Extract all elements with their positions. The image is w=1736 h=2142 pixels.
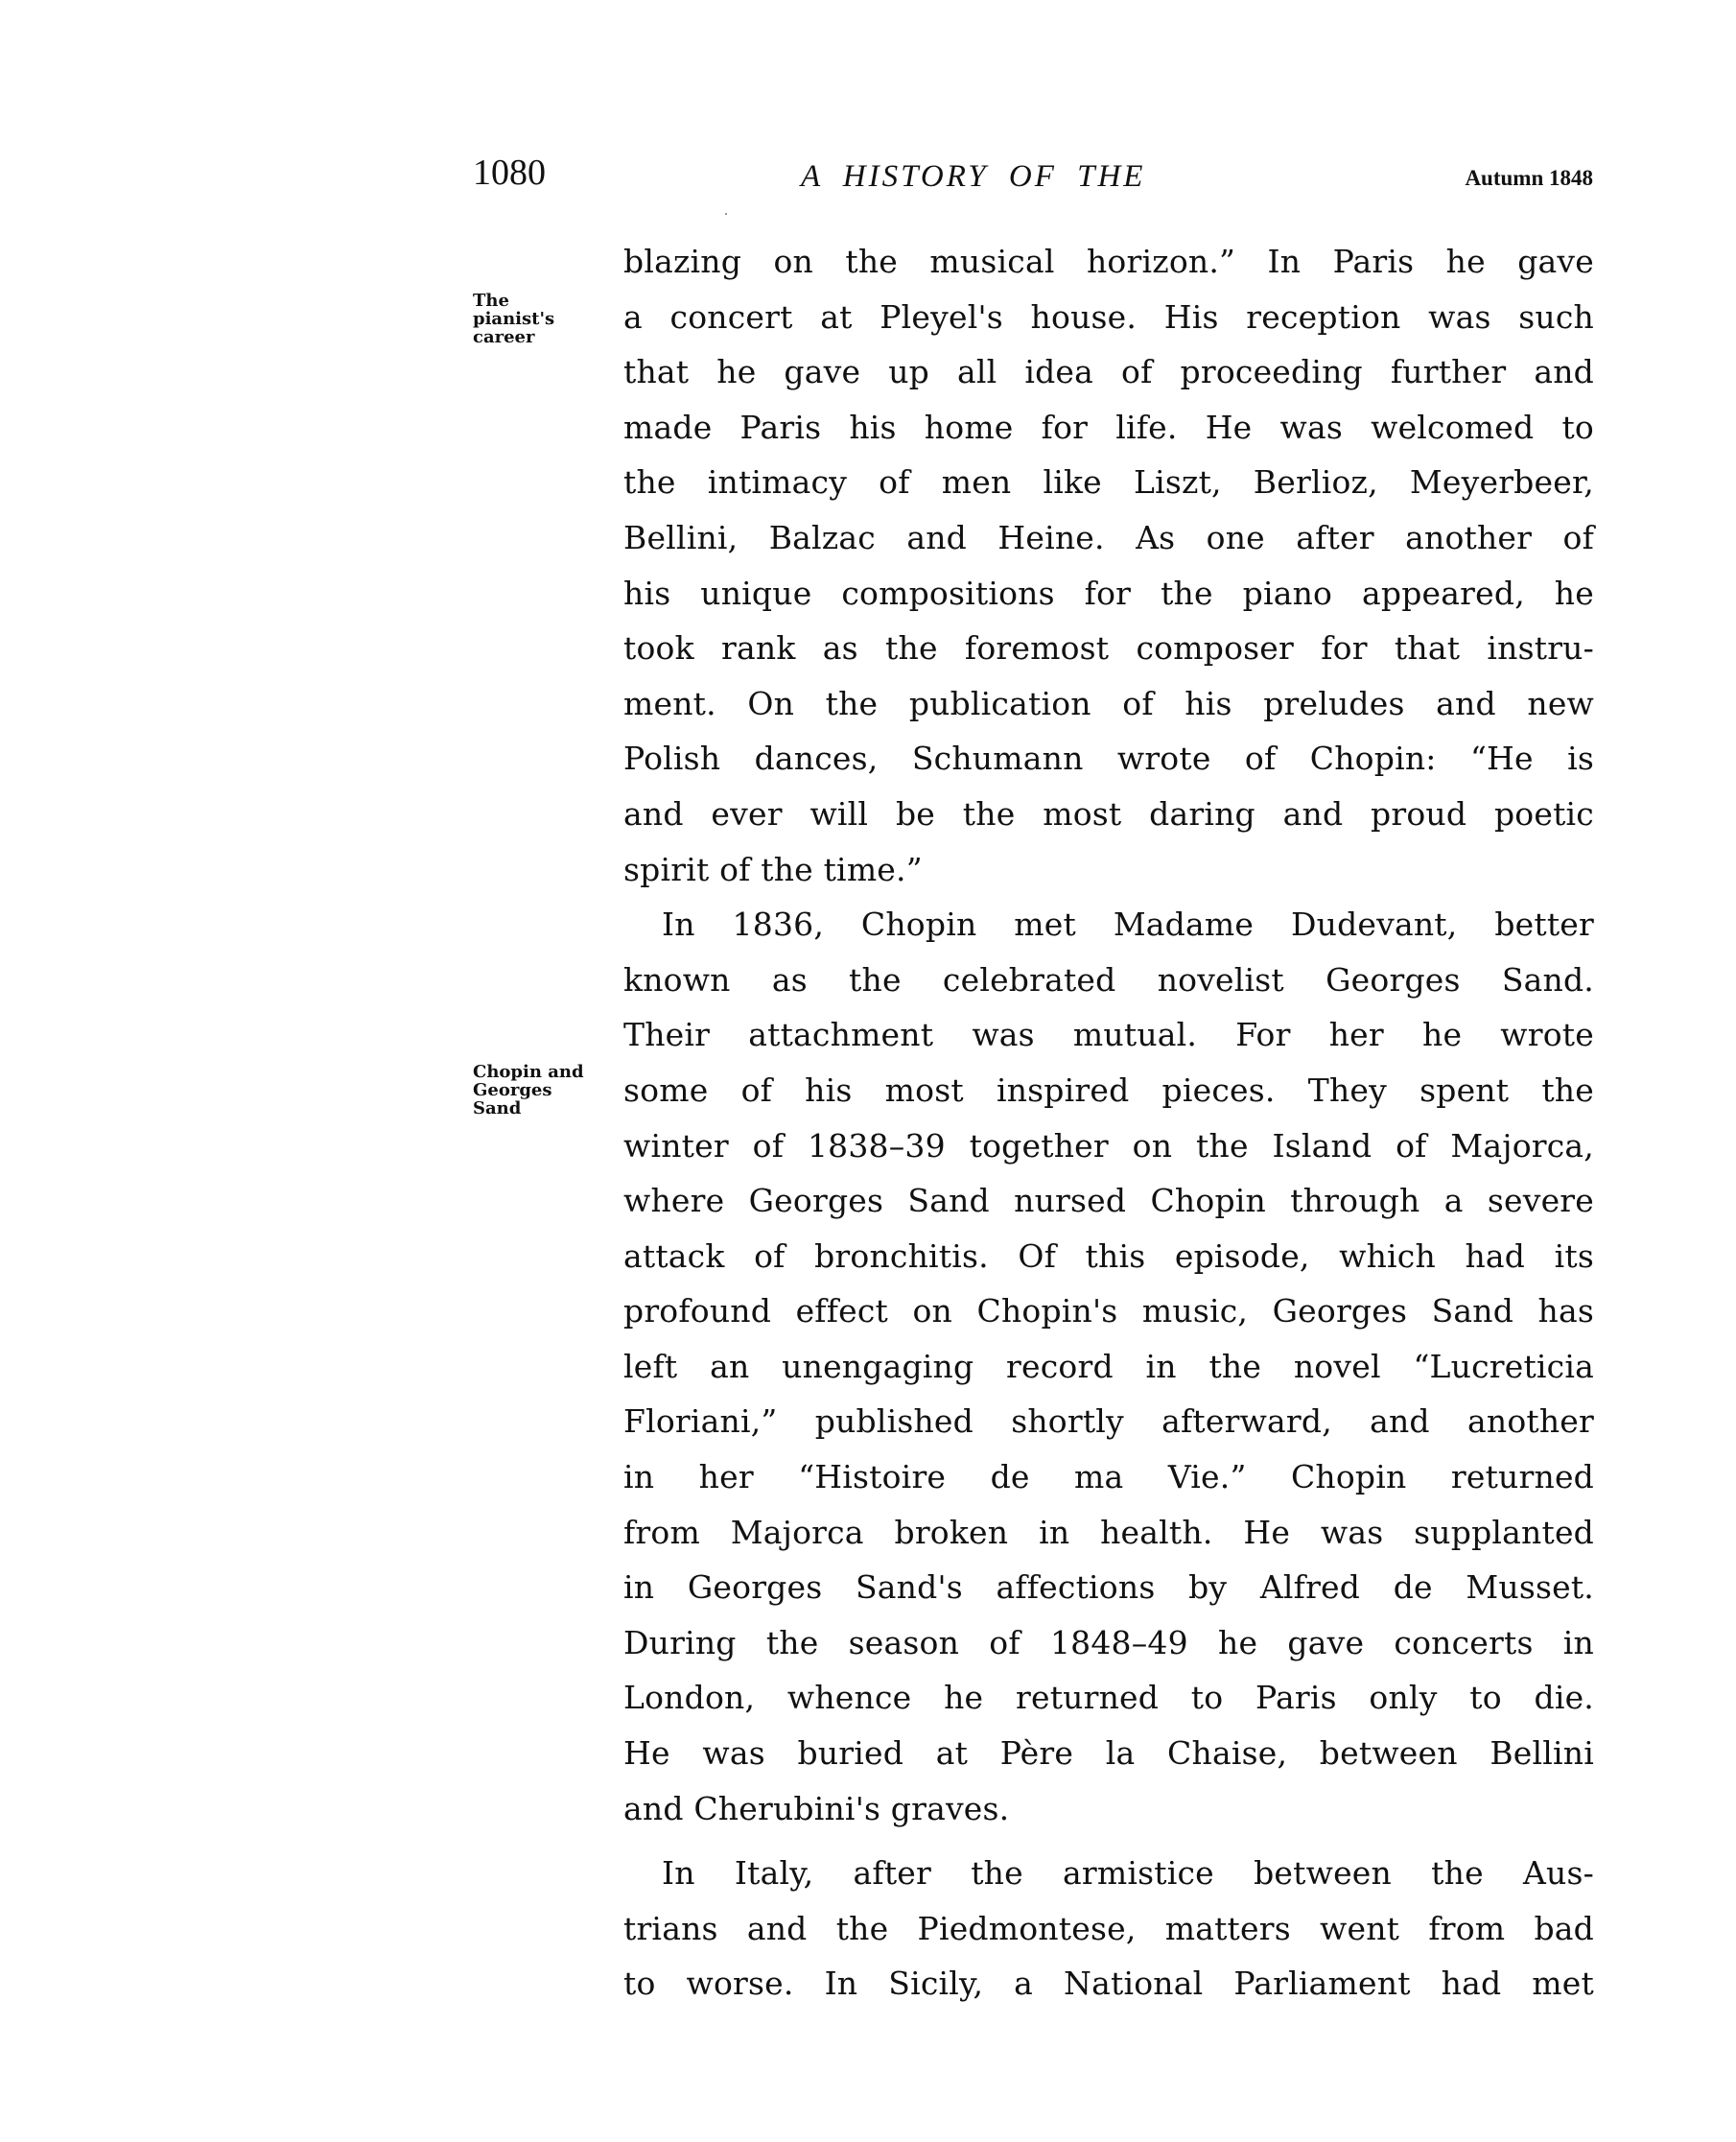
text-line: He was buried at Père la Chaise, between… [623, 1726, 1594, 1781]
margin-note-line: career [473, 328, 554, 346]
text-line: and Cherubini's graves. [623, 1781, 1594, 1837]
margin-note-line: pianist's [473, 310, 554, 328]
page-number: 1080 [473, 152, 546, 194]
margin-note-chopin-and-georges-sand: Chopin and Georges Sand [473, 1063, 584, 1118]
text-line: some of his most inspired pieces. They s… [623, 1063, 1594, 1118]
margin-note-line: The [473, 292, 554, 310]
text-line: the intimacy of men like Liszt, Berlioz,… [623, 455, 1594, 510]
text-line: profound effect on Chopin's music, Georg… [623, 1283, 1594, 1339]
text-line: a concert at Pleyel's house. His recepti… [623, 290, 1594, 345]
text-line: Bellini, Balzac and Heine. As one after … [623, 510, 1594, 566]
running-head: 1080 A HISTORY OF THE Autumn 1848 [473, 152, 1593, 200]
text-line: known as the celebrated novelist Georges… [623, 953, 1594, 1008]
text-line: attack of bronchitis. Of this episode, w… [623, 1229, 1594, 1284]
text-line: in Georges Sand's affections by Alfred d… [623, 1560, 1594, 1615]
text-line: In 1836, Chopin met Madame Dudevant, bet… [623, 897, 1594, 953]
book-page: 1080 A HISTORY OF THE Autumn 1848 The pi… [0, 0, 1736, 2142]
text-line: his unique compositions for the piano ap… [623, 566, 1594, 622]
text-line: made Paris his home for life. He was wel… [623, 400, 1594, 456]
text-line: Polish dances, Schumann wrote of Chopin:… [623, 731, 1594, 787]
text-line: Floriani,” published shortly afterward, … [623, 1394, 1594, 1449]
text-line: ment. On the publication of his preludes… [623, 676, 1594, 732]
text-line: London, whence he returned to Paris only… [623, 1670, 1594, 1726]
margin-note-line: Georges [473, 1081, 584, 1099]
text-line: In Italy, after the armistice between th… [623, 1846, 1594, 1901]
text-line: Their attachment was mutual. For her he … [623, 1007, 1594, 1063]
text-line: to worse. In Sicily, a National Parliame… [623, 1956, 1594, 2012]
text-line: that he gave up all idea of proceeding f… [623, 344, 1594, 400]
text-line: and ever will be the most daring and pro… [623, 787, 1594, 842]
text-line: took rank as the foremost composer for t… [623, 621, 1594, 676]
text-line: During the season of 1848–49 he gave con… [623, 1615, 1594, 1671]
text-line: winter of 1838–39 together on the Island… [623, 1118, 1594, 1174]
running-date: Autumn 1848 [1465, 161, 1593, 196]
paragraph-gap [623, 1836, 1594, 1846]
text-line: blazing on the musical horizon.” In Pari… [623, 234, 1594, 290]
text-line: where Georges Sand nursed Chopin through… [623, 1173, 1594, 1229]
text-line: left an unengaging record in the novel “… [623, 1339, 1594, 1395]
margin-note-pianists-career: The pianist's career [473, 292, 554, 346]
print-speck [725, 213, 727, 215]
margin-note-line: Sand [473, 1099, 584, 1118]
running-title: A HISTORY OF THE [801, 155, 1145, 198]
body-text: blazing on the musical horizon.” In Pari… [623, 234, 1594, 2012]
text-line: in her “Histoire de ma Vie.” Chopin retu… [623, 1449, 1594, 1505]
text-line: from Majorca broken in health. He was su… [623, 1505, 1594, 1561]
text-line: spirit of the time.” [623, 842, 1594, 898]
margin-note-line: Chopin and [473, 1063, 584, 1081]
text-line: trians and the Piedmontese, matters went… [623, 1901, 1594, 1957]
